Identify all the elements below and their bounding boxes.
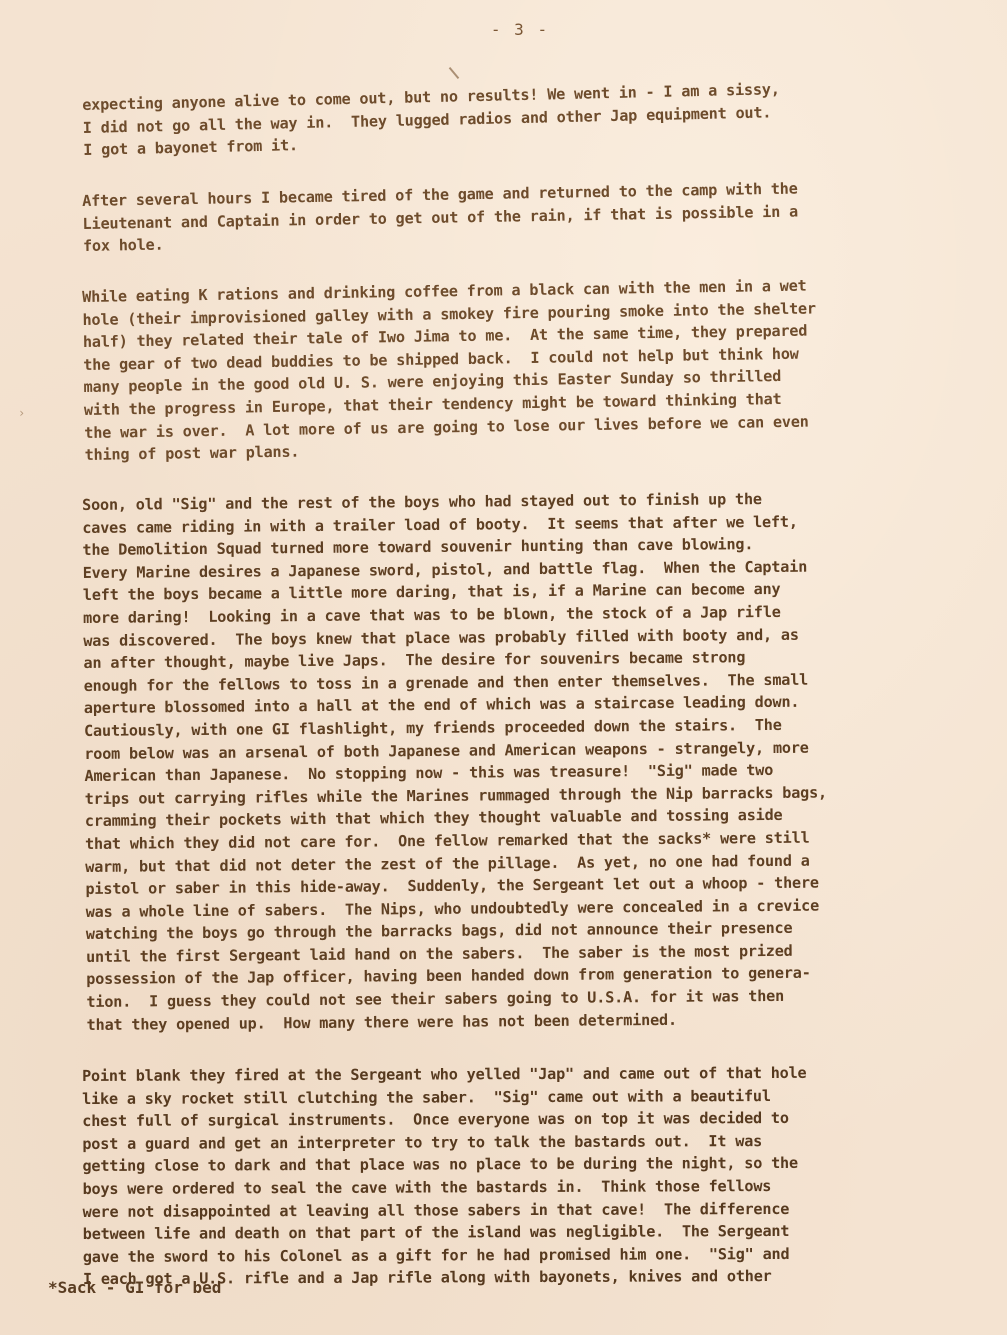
stray-pen-mark (449, 67, 460, 79)
text-line: between life and death on that part of t… (83, 1219, 983, 1246)
text-line: boys were ordered to seal the cave with … (82, 1174, 982, 1201)
paragraph: While eating K rations and drinking coff… (82, 271, 985, 466)
text-line: getting close to dark and that place was… (82, 1151, 982, 1178)
paragraph: After several hours I became tired of th… (82, 174, 983, 257)
text-line: gave the sword to his Colonel as a gift … (83, 1241, 983, 1268)
text-line: Point blank they fired at the Sergeant w… (82, 1061, 982, 1088)
body-text: expecting anyone alive to come out, but … (82, 94, 982, 1319)
paragraph: expecting anyone alive to come out, but … (82, 74, 983, 162)
page-number: - 3 - (0, 20, 1007, 39)
paragraph: Soon, old "Sig" and the rest of the boys… (82, 486, 987, 1036)
text-line: like a sky rocket still clutching the sa… (82, 1083, 982, 1110)
footnote: *Sack - GI for bed (48, 1278, 221, 1297)
text-line: were not disappointed at leaving all tho… (83, 1196, 983, 1223)
typewritten-page: - 3 - › expecting anyone alive to come o… (0, 0, 1007, 1335)
margin-mark: › (18, 406, 25, 420)
paragraph: Point blank they fired at the Sergeant w… (82, 1061, 983, 1291)
text-line: post a guard and get an interpreter to t… (82, 1128, 982, 1155)
text-line: chest full of surgical instruments. Once… (82, 1106, 982, 1133)
